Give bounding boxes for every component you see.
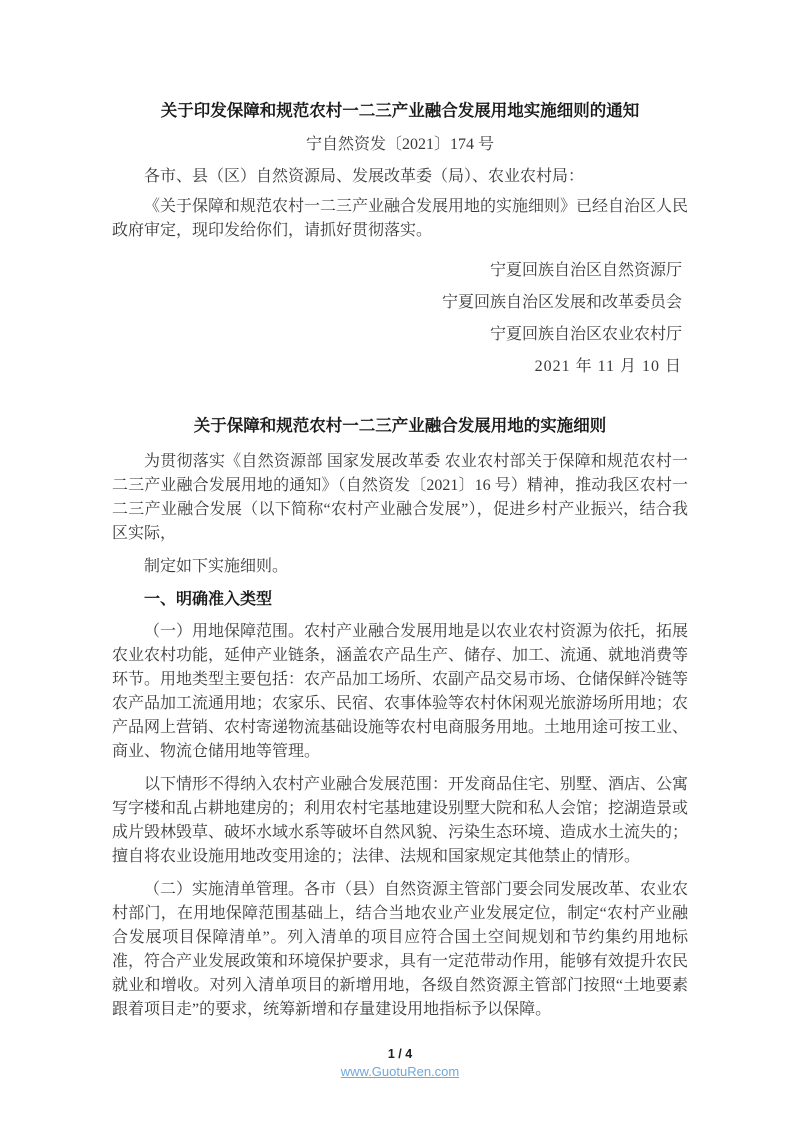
- detail-intro-close-paragraph: 制定如下实施细则。: [112, 555, 688, 579]
- page-indicator: 1 / 4: [112, 1046, 688, 1063]
- section-paragraph-3: （二）实施清单管理。各市（县）自然资源主管部门要会同发展改革、农业农村部门，在用…: [112, 878, 688, 1022]
- doc-number: 宁自然资发〔2021〕174 号: [112, 133, 688, 157]
- detail-title: 关于保障和规范农村一二三产业融合发展用地的实施细则: [112, 415, 688, 438]
- page-footer: 1 / 4 www.GuotuRen.com: [112, 1046, 688, 1081]
- salutation-line: 各市、县（区）自然资源局、发展改革委（局）、农业农村局：: [112, 165, 688, 189]
- section-heading-1: 一、明确准入类型: [112, 588, 688, 611]
- notice-title: 关于印发保障和规范农村一二三产业融合发展用地实施细则的通知: [112, 100, 688, 123]
- signature-block: 宁夏回族自治区自然资源厅 宁夏回族自治区发展和改革委员会 宁夏回族自治区农业农村…: [112, 259, 688, 379]
- notice-body-paragraph: 《关于保障和规范农村一二三产业融合发展用地的实施细则》已经自治区人民政府审定，现…: [112, 195, 688, 243]
- date-line: 2021 年 11 月 10 日: [112, 355, 682, 379]
- signature-line-natural-resources: 宁夏回族自治区自然资源厅: [112, 259, 682, 283]
- signature-line-agriculture: 宁夏回族自治区农业农村厅: [112, 323, 682, 347]
- section-paragraph-1: （一）用地保障范围。农村产业融合发展用地是以农业农村资源为依托，拓展农业农村功能…: [112, 620, 688, 764]
- signature-line-development-reform: 宁夏回族自治区发展和改革委员会: [112, 291, 682, 315]
- detail-intro-paragraph: 为贯彻落实《自然资源部 国家发展改革委 农业农村部关于保障和规范农村一二三产业融…: [112, 450, 688, 546]
- site-link[interactable]: www.GuotuRen.com: [341, 1063, 460, 1081]
- document-page: 关于印发保障和规范农村一二三产业融合发展用地实施细则的通知 宁自然资发〔2021…: [0, 0, 800, 1132]
- section-paragraph-2: 以下情形不得纳入农村产业融合发展范围：开发商品住宅、别墅、酒店、公寓写字楼和乱占…: [112, 773, 688, 869]
